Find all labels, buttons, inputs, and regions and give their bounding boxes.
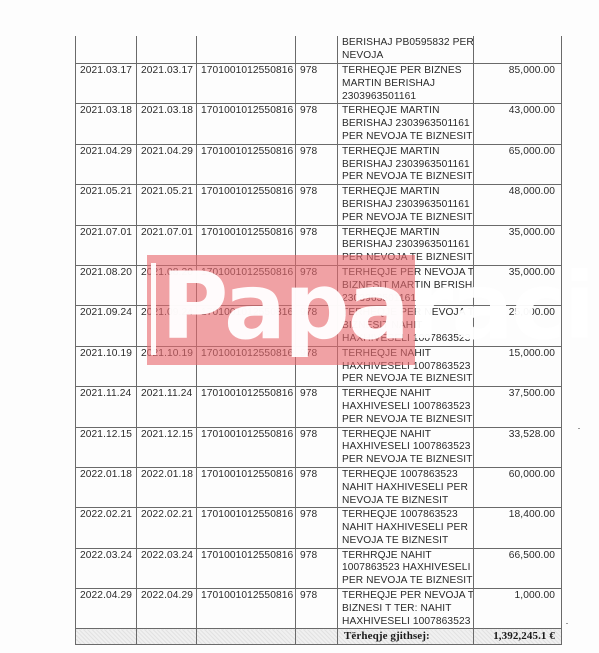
account-cell: 1701001012550816 bbox=[197, 185, 296, 225]
empty-total-cell bbox=[137, 629, 197, 645]
description-line: TERHEQJE PER NEVOJA TE bbox=[342, 307, 469, 320]
account-cell: 1701001012550816 bbox=[197, 64, 296, 104]
account-cell: 1701001012550816 bbox=[197, 346, 296, 386]
amount-cell: 85,000.00 bbox=[474, 64, 562, 104]
scan-speck bbox=[578, 428, 580, 429]
description-line: HAXHIVESELI 1007863523 bbox=[342, 441, 469, 454]
value-date-cell: 2021.04.29 bbox=[76, 144, 137, 184]
amount-cell: 65,000.00 bbox=[474, 144, 562, 184]
description-line: TERHEQJE PER BIZNES bbox=[342, 65, 469, 78]
account-cell: 1701001012550816 bbox=[197, 104, 296, 144]
description-line: TERHEQJE NAHIT bbox=[342, 348, 469, 361]
description-line: HAXHIVESELI 1007863523 bbox=[342, 616, 469, 629]
description-line: NAHIT HAXHIVESELI PER bbox=[342, 522, 469, 535]
booking-date-cell: 2021.08.20 bbox=[137, 265, 197, 305]
description-line: BERISHAJ 2303963501161 bbox=[342, 159, 469, 172]
description-cell: TERHEQJE PER NEVOJA TEBIZNESIT MARTIN BE… bbox=[338, 265, 474, 305]
table-row: 2021.11.242021.11.241701001012550816978T… bbox=[76, 387, 562, 427]
description-line: TERHEQJE PER NEVOJA TE bbox=[342, 267, 469, 280]
booking-date-cell: 2021.07.01 bbox=[137, 225, 197, 265]
amount-cell: 33,528.00 bbox=[474, 427, 562, 467]
description-line: MARTIN BERISHAJ bbox=[342, 78, 469, 91]
booking-date-cell: 2022.03.24 bbox=[137, 548, 197, 588]
value-date-cell: 2021.10.19 bbox=[76, 346, 137, 386]
amount-cell: 15,000.00 bbox=[474, 346, 562, 386]
currency-cell: 978 bbox=[296, 548, 338, 588]
booking-date-cell: 2022.02.21 bbox=[137, 508, 197, 548]
booking-date-cell: 2021.05.21 bbox=[137, 185, 197, 225]
description-line: TERHEQJE MARTIN bbox=[342, 227, 469, 240]
amount-cell: 43,000.00 bbox=[474, 104, 562, 144]
account-cell: 1701001012550816 bbox=[197, 387, 296, 427]
description-line: TERHEQJE 1007863523 bbox=[342, 469, 469, 482]
description-line: TERHRQJE NAHIT bbox=[342, 550, 469, 563]
value-date-cell bbox=[76, 36, 137, 64]
description-line: PER NEVOJA TE BIZNESIT bbox=[342, 575, 469, 588]
value-date-cell: 2022.02.21 bbox=[76, 508, 137, 548]
description-line: 2303963501161 bbox=[342, 293, 469, 306]
currency-cell: 978 bbox=[296, 225, 338, 265]
description-line: TERHEQJE MARTIN bbox=[342, 105, 469, 118]
description-cell: TERHEQJE PER BIZNESMARTIN BERISHAJ230396… bbox=[338, 64, 474, 104]
description-line: HAXHIVESELI 1007863523 bbox=[342, 401, 469, 414]
value-date-cell: 2021.12.15 bbox=[76, 427, 137, 467]
value-date-cell: 2021.05.21 bbox=[76, 185, 137, 225]
amount-cell: 66,500.00 bbox=[474, 548, 562, 588]
description-line: NAHIT HAXHIVESELI PER bbox=[342, 482, 469, 495]
description-line: NEVOJA bbox=[342, 50, 469, 63]
description-line: TERHEQJE PER NEVOJA TE bbox=[342, 590, 469, 603]
description-cell: TERHEQJE MARTINBERISHAJ 2303963501161PER… bbox=[338, 144, 474, 184]
account-cell: 1701001012550816 bbox=[197, 508, 296, 548]
description-line: BIZNESIT MARTIN BERISHAJ bbox=[342, 280, 469, 293]
table-row: 2022.04.292022.04.291701001012550816978T… bbox=[76, 589, 562, 629]
description-line: BIZNESIT NAHIT bbox=[342, 320, 469, 333]
description-line: PER NEVOJA TE BIZNESIT bbox=[342, 373, 469, 386]
table-row: 2021.03.172021.03.171701001012550816978T… bbox=[76, 64, 562, 104]
account-cell: 1701001012550816 bbox=[197, 265, 296, 305]
total-label: Tërheqje gjithsej: bbox=[338, 629, 474, 645]
amount-cell bbox=[474, 36, 562, 64]
booking-date-cell: 2021.03.18 bbox=[137, 104, 197, 144]
booking-date-cell: 2022.04.29 bbox=[137, 589, 197, 629]
currency-cell: 978 bbox=[296, 265, 338, 305]
account-cell: 1701001012550816 bbox=[197, 427, 296, 467]
currency-cell: 978 bbox=[296, 508, 338, 548]
transactions-table: BERISHAJ PB0595832 PER NEVOJA 2021.03.17… bbox=[75, 36, 562, 645]
booking-date-cell bbox=[137, 36, 197, 64]
value-date-cell: 2022.04.29 bbox=[76, 589, 137, 629]
currency-cell: 978 bbox=[296, 144, 338, 184]
description-line: BIZNESI T TER: NAHIT bbox=[342, 603, 469, 616]
description-cell: TERHEQJE PER NEVOJA TEBIZNESIT NAHITHAXH… bbox=[338, 306, 474, 346]
currency-cell bbox=[296, 36, 338, 64]
booking-date-cell: 2021.09.24 bbox=[137, 306, 197, 346]
description-line: BERISHAJ 2303963501161 bbox=[342, 199, 469, 212]
booking-date-cell: 2021.12.15 bbox=[137, 427, 197, 467]
amount-cell: 37,500.00 bbox=[474, 387, 562, 427]
currency-cell: 978 bbox=[296, 64, 338, 104]
currency-cell: 978 bbox=[296, 427, 338, 467]
description-line: PER NEVOJA TE BIZNESIT bbox=[342, 131, 469, 144]
booking-date-cell: 2021.10.19 bbox=[137, 346, 197, 386]
description-cell: TERHEQJE NAHITHAXHIVESELI 1007863523PER … bbox=[338, 427, 474, 467]
currency-cell: 978 bbox=[296, 185, 338, 225]
description-cell: TERHEQJE 1007863523NAHIT HAXHIVESELI PER… bbox=[338, 467, 474, 507]
continuation-row: BERISHAJ PB0595832 PER NEVOJA bbox=[76, 36, 562, 64]
description-cell: TERHEQJE MARTINBERISHAJ 2303963501161PER… bbox=[338, 185, 474, 225]
total-row: Tërheqje gjithsej:1,392,245.1 € bbox=[76, 629, 562, 645]
table-row: 2021.09.242021.09.241701001012550816978T… bbox=[76, 306, 562, 346]
account-cell: 1701001012550816 bbox=[197, 306, 296, 346]
description-cell: TERHEQJE MARTINBERISHAJ 2303963501161PER… bbox=[338, 104, 474, 144]
scanned-bank-statement-page: BERISHAJ PB0595832 PER NEVOJA 2021.03.17… bbox=[0, 0, 599, 653]
description-line: NEVOJA TE BIZNESIT bbox=[342, 495, 469, 508]
table-row: 2022.02.212022.02.211701001012550816978T… bbox=[76, 508, 562, 548]
description-line: 1007863523 HAXHIVESELI bbox=[342, 562, 469, 575]
value-date-cell: 2022.03.24 bbox=[76, 548, 137, 588]
currency-cell: 978 bbox=[296, 589, 338, 629]
account-cell: 1701001012550816 bbox=[197, 467, 296, 507]
description-line: TERHEQJE NAHIT bbox=[342, 388, 469, 401]
description-line: BERISHAJ 2303963501161 bbox=[342, 118, 469, 131]
account-cell: 1701001012550816 bbox=[197, 225, 296, 265]
description-cell: TERHEQJE NAHITHAXHIVESELI 1007863523PER … bbox=[338, 387, 474, 427]
value-date-cell: 2021.07.01 bbox=[76, 225, 137, 265]
amount-cell: 25,000.00 bbox=[474, 306, 562, 346]
value-date-cell: 2021.03.18 bbox=[76, 104, 137, 144]
description-line: PER NEVOJA TE BIZNESIT bbox=[342, 454, 469, 467]
value-date-cell: 2021.08.20 bbox=[76, 265, 137, 305]
table-row: 2021.07.012021.07.011701001012550816978T… bbox=[76, 225, 562, 265]
description-line: HAXHIVESELI 1007863523 bbox=[342, 333, 469, 346]
table-row: 2021.05.212021.05.211701001012550816978T… bbox=[76, 185, 562, 225]
description-line: PER NEVOJA TE BIZNESIT bbox=[342, 212, 469, 225]
table-row: 2021.08.202021.08.201701001012550816978T… bbox=[76, 265, 562, 305]
table-row: 2021.10.192021.10.191701001012550816978T… bbox=[76, 346, 562, 386]
description-line: BERISHAJ PB0595832 PER bbox=[342, 37, 469, 50]
amount-cell: 18,400.00 bbox=[474, 508, 562, 548]
currency-cell: 978 bbox=[296, 387, 338, 427]
description-line: PER NEVOJA TE BIZNESIT bbox=[342, 171, 469, 184]
amount-cell: 60,000.00 bbox=[474, 467, 562, 507]
description-line: HAXHIVESELI 1007863523 bbox=[342, 361, 469, 374]
description-line: PER NEVOJA TE BIZNESIT bbox=[342, 252, 469, 265]
table-row: 2022.01.182022.01.181701001012550816978T… bbox=[76, 467, 562, 507]
description-cell: TERHEQJE NAHITHAXHIVESELI 1007863523PER … bbox=[338, 346, 474, 386]
description-line: TERHEQJE MARTIN bbox=[342, 146, 469, 159]
currency-cell: 978 bbox=[296, 467, 338, 507]
currency-cell: 978 bbox=[296, 104, 338, 144]
description-line: PER NEVOJA TE BIZNESIT bbox=[342, 414, 469, 427]
account-cell: 1701001012550816 bbox=[197, 589, 296, 629]
description-line: NEVOJA TE BIZNESIT bbox=[342, 535, 469, 548]
booking-date-cell: 2021.11.24 bbox=[137, 387, 197, 427]
table-row: 2022.03.242022.03.241701001012550816978T… bbox=[76, 548, 562, 588]
currency-cell: 978 bbox=[296, 346, 338, 386]
total-amount: 1,392,245.1 € bbox=[474, 629, 562, 645]
booking-date-cell: 2021.04.29 bbox=[137, 144, 197, 184]
account-cell bbox=[197, 36, 296, 64]
description-cell: BERISHAJ PB0595832 PER NEVOJA bbox=[338, 36, 474, 64]
amount-cell: 35,000.00 bbox=[474, 265, 562, 305]
value-date-cell: 2021.03.17 bbox=[76, 64, 137, 104]
empty-total-cell bbox=[197, 629, 296, 645]
empty-total-cell bbox=[296, 629, 338, 645]
booking-date-cell: 2021.03.17 bbox=[137, 64, 197, 104]
description-line: 2303963501161 bbox=[342, 91, 469, 104]
value-date-cell: 2022.01.18 bbox=[76, 467, 137, 507]
description-line: BERISHAJ 2303963501161 bbox=[342, 239, 469, 252]
amount-cell: 1,000.00 bbox=[474, 589, 562, 629]
account-cell: 1701001012550816 bbox=[197, 144, 296, 184]
table-row: 2021.12.152021.12.151701001012550816978T… bbox=[76, 427, 562, 467]
value-date-cell: 2021.11.24 bbox=[76, 387, 137, 427]
description-line: TERHEQJE NAHIT bbox=[342, 429, 469, 442]
table-row: 2021.04.292021.04.291701001012550816978T… bbox=[76, 144, 562, 184]
amount-cell: 35,000.00 bbox=[474, 225, 562, 265]
description-cell: TERHRQJE NAHIT1007863523 HAXHIVESELIPER … bbox=[338, 548, 474, 588]
description-cell: TERHEQJE PER NEVOJA TEBIZNESI T TER: NAH… bbox=[338, 589, 474, 629]
scan-speck bbox=[566, 623, 568, 624]
amount-cell: 48,000.00 bbox=[474, 185, 562, 225]
value-date-cell: 2021.09.24 bbox=[76, 306, 137, 346]
table-row: 2021.03.182021.03.181701001012550816978T… bbox=[76, 104, 562, 144]
description-cell: TERHEQJE MARTINBERISHAJ 2303963501161PER… bbox=[338, 225, 474, 265]
currency-cell: 978 bbox=[296, 306, 338, 346]
empty-total-cell bbox=[76, 629, 137, 645]
description-line: TERHEQJE MARTIN bbox=[342, 186, 469, 199]
booking-date-cell: 2022.01.18 bbox=[137, 467, 197, 507]
description-cell: TERHEQJE 1007863523NAHIT HAXHIVESELI PER… bbox=[338, 508, 474, 548]
description-line: TERHEQJE 1007863523 bbox=[342, 509, 469, 522]
account-cell: 1701001012550816 bbox=[197, 548, 296, 588]
